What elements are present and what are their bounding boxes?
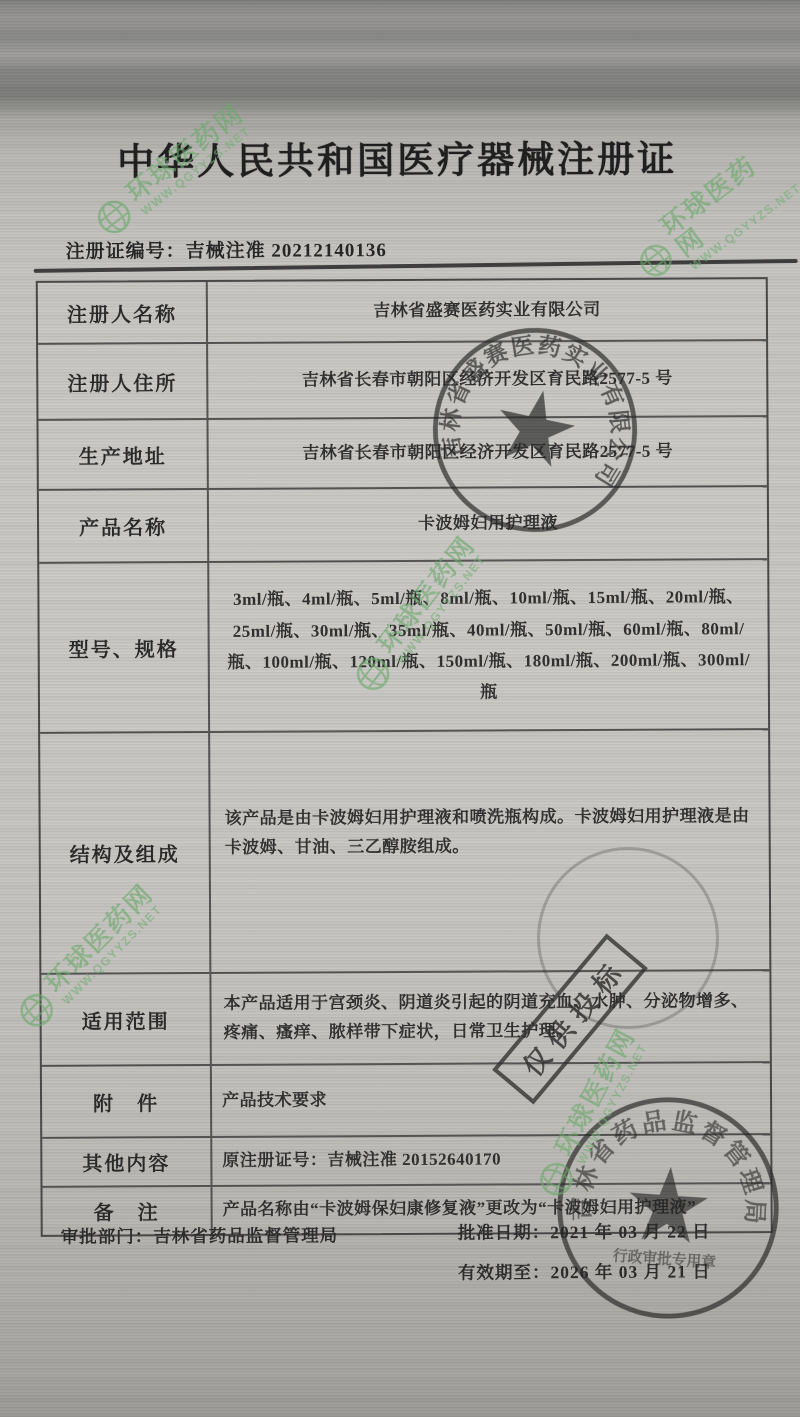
certificate-number-value: 吉械注准 20212140136 [186, 240, 387, 262]
table-row-scope-of-application: 适用范围 本产品适用于宫颈炎、阴道炎引起的阴道充血、水肿、分泌物增多、疼痛、瘙痒… [41, 969, 769, 1065]
valid-until-label: 有效期至： [458, 1262, 551, 1282]
row-label: 结构及组成 [40, 733, 211, 973]
row-label: 附 件 [42, 1066, 212, 1137]
table-row-other-content: 其他内容 原注册证号：吉械注准 20152640170 [42, 1133, 770, 1186]
row-label: 适用范围 [41, 974, 211, 1065]
row-content: 产品技术要求 [212, 1063, 770, 1136]
row-label: 型号、规格 [39, 563, 210, 732]
approval-date-value: 2021 年 03 月 22 日 [550, 1221, 710, 1242]
approval-department-value: 吉林省药品监督管理局 [153, 1225, 338, 1246]
row-label: 产品名称 [39, 490, 209, 562]
row-label: 其他内容 [42, 1138, 212, 1186]
table-row-model-spec: 型号、规格 3ml/瓶、4ml/瓶、5ml/瓶、8ml/瓶、10ml/瓶、15m… [39, 558, 768, 732]
valid-until-value: 2026 年 03 月 21 日 [550, 1261, 710, 1282]
row-content: 吉林省长春市朝阳区经济开发区育民路2577-5 号 [208, 341, 766, 418]
certificate-table: 注册人名称 吉林省盛赛医药实业有限公司 注册人住所 吉林省长春市朝阳区经济开发区… [36, 277, 773, 1237]
certificate-number-line: 注册证编号：吉械注准 20212140136 [66, 235, 387, 264]
row-label: 注册人名称 [38, 282, 208, 343]
row-content: 吉林省长春市朝阳区经济开发区育民路2577-5 号 [208, 417, 766, 488]
certificate-number-label: 注册证编号： [66, 241, 186, 263]
row-label: 注册人住所 [38, 344, 208, 419]
table-row-attachments: 附 件 产品技术要求 [42, 1061, 770, 1137]
row-content: 卡波姆妇用护理液 [209, 487, 767, 561]
table-row-registrant-address: 注册人住所 吉林省长春市朝阳区经济开发区育民路2577-5 号 [38, 339, 766, 419]
row-content: 本产品适用于宫颈炎、阴道炎引起的阴道充血、水肿、分泌物增多、疼痛、瘙痒、脓样带下… [211, 971, 769, 1064]
approval-date-line: 批准日期：2021 年 03 月 22 日 [458, 1218, 711, 1244]
approval-department-line: 审批部门：吉林省药品监督管理局 [61, 1222, 339, 1248]
approval-date-label: 批准日期： [458, 1222, 551, 1242]
row-content: 3ml/瓶、4ml/瓶、5ml/瓶、8ml/瓶、10ml/瓶、15ml/瓶、20… [209, 560, 768, 731]
table-row-product-name: 产品名称 卡波姆妇用护理液 [39, 485, 767, 562]
valid-until-line: 有效期至：2026 年 03 月 21 日 [458, 1258, 711, 1284]
row-content: 该产品是由卡波姆妇用护理液和喷洗瓶构成。卡波姆妇用护理液是由卡波姆、甘油、三乙醇… [210, 730, 769, 972]
table-row-structure-composition: 结构及组成 该产品是由卡波姆妇用护理液和喷洗瓶构成。卡波姆妇用护理液是由卡波姆、… [40, 728, 769, 973]
table-row-registrant-name: 注册人名称 吉林省盛赛医药实业有限公司 [38, 279, 766, 343]
certificate-document: 中华人民共和国医疗器械注册证 注册证编号：吉械注准 20212140136 注册… [0, 0, 800, 1417]
approval-department-label: 审批部门： [61, 1226, 154, 1246]
table-row-production-address: 生产地址 吉林省长春市朝阳区经济开发区育民路2577-5 号 [38, 415, 766, 489]
certificate-title: 中华人民共和国医疗器械注册证 [0, 128, 797, 186]
row-label: 生产地址 [38, 420, 208, 489]
row-content: 原注册证号：吉械注准 20152640170 [212, 1135, 770, 1185]
row-content: 吉林省盛赛医药实业有限公司 [208, 279, 766, 342]
